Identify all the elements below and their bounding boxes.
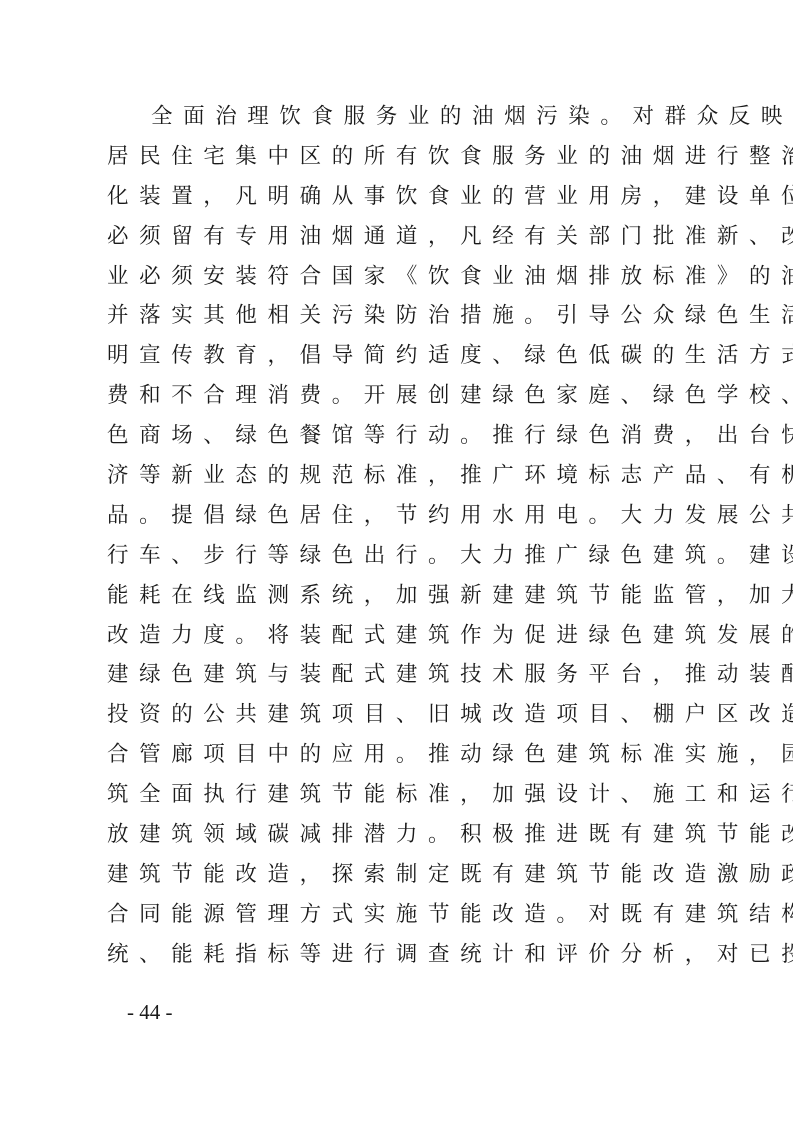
- text-line: 合同能源管理方式实施节能改造。对既有建筑结构形式、用能系: [107, 895, 697, 935]
- text-line: 改造力度。将装配式建筑作为促进绿色建筑发展的重要抓手，搭: [107, 616, 697, 656]
- text-line: 费和不合理消费。开展创建绿色家庭、绿色学校、绿色社区、绿: [107, 376, 697, 416]
- text-line: 投资的公共建筑项目、旧城改造项目、棚户区改造项目和城市综: [107, 695, 697, 735]
- text-line: 化装置，凡明确从事饮食业的营业用房，建设单位在设计建设时: [107, 177, 697, 217]
- text-line: 合管廊项目中的应用。推动绿色建筑标准实施，园区城镇新建建: [107, 735, 697, 775]
- text-line: 全面治理饮食服务业的油烟污染。对群众反映强烈的学校、: [107, 97, 697, 137]
- text-line: 并落实其他相关污染防治措施。引导公众绿色生活。加强生态文: [107, 296, 697, 336]
- text-line: 色商场、绿色餐馆等行动。推行绿色消费，出台快递业、共享经: [107, 416, 697, 456]
- body-paragraph: 全面治理饮食服务业的油烟污染。对群众反映强烈的学校、 居民住宅集中区的所有饮食服…: [107, 97, 697, 975]
- text-line: 居民住宅集中区的所有饮食服务业的油烟进行整治，安装油烟净: [107, 137, 697, 177]
- text-line: 放建筑领域碳减排潜力。积极推进既有建筑节能改造。深化既有: [107, 815, 697, 855]
- text-line: 明宣传教育，倡导简约适度、绿色低碳的生活方式，反对奢侈浪: [107, 336, 697, 376]
- text-line: 济等新业态的规范标准，推广环境标志产品、有机产品等绿色产: [107, 456, 697, 496]
- text-line: 建绿色建筑与装配式建筑技术服务平台，推动装配式建筑在政府: [107, 655, 697, 695]
- text-line: 必须留有专用油烟通道，凡经有关部门批准新、改、扩建的饮食: [107, 217, 697, 257]
- text-line: 能耗在线监测系统，加强新建建筑节能监管，加大既有建筑节能: [107, 576, 697, 616]
- text-line: 品。提倡绿色居住，节约用水用电。大力发展公共交通，鼓励自: [107, 496, 697, 536]
- text-line: 筑全面执行建筑节能标准，加强设计、施工和运行管理，充分释: [107, 775, 697, 815]
- text-line: 行车、步行等绿色出行。大力推广绿色建筑。建设大型公共建筑: [107, 536, 697, 576]
- text-line: 建筑节能改造，探索制定既有建筑节能改造激励政策，鼓励采用: [107, 855, 697, 895]
- document-page: 全面治理饮食服务业的油烟污染。对群众反映强烈的学校、 居民住宅集中区的所有饮食服…: [0, 0, 793, 1122]
- page-number: - 44 -: [127, 1000, 173, 1024]
- text-line: 业必须安装符合国家《饮食业油烟排放标准》的油烟净化装置，: [107, 257, 697, 297]
- text-line: 统、能耗指标等进行调查统计和评价分析，对已投入使用的机关: [107, 935, 697, 975]
